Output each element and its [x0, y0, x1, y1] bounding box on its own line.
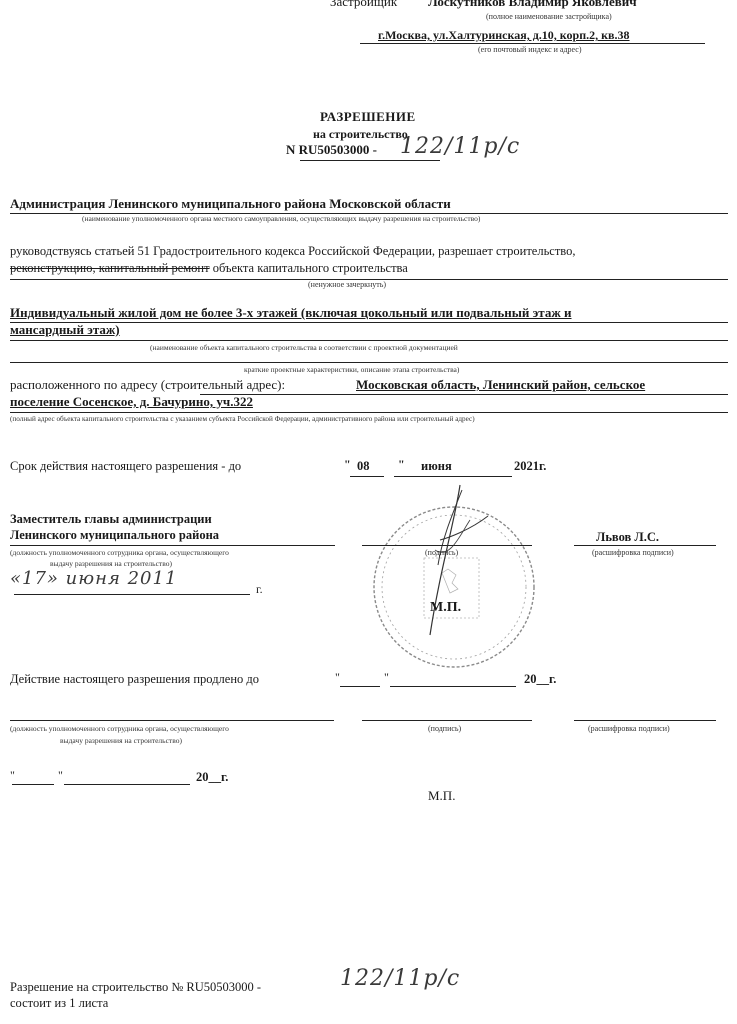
extension-position-caption-2: выдачу разрешения на строительство)	[60, 736, 182, 745]
validity-label: Срок действия настоящего разрешения - до	[10, 459, 241, 474]
location-caption: (полный адрес объекта капитального строи…	[10, 415, 475, 423]
stamp-label: М.П.	[430, 600, 461, 616]
strike-caption: (ненужное зачеркнуть)	[308, 280, 386, 289]
validity-month: июня	[421, 459, 452, 474]
work-type: реконструкцию, капитальный ремонт объект…	[10, 261, 408, 276]
location-line1: Московская область, Ленинский район, сел…	[356, 377, 645, 393]
signature-caption: (подпись)	[425, 548, 458, 557]
object-name-line2: мансардный этаж)	[10, 322, 120, 338]
authority-name: Администрация Ленинского муниципального …	[10, 196, 451, 212]
footer-sheet-count: состоит из 1 листа	[10, 996, 108, 1011]
permit-number-handwritten: 122/11р/с	[400, 134, 520, 159]
object-text: объекта капитального строительства	[213, 261, 408, 275]
developer-label: Застройщик	[330, 0, 397, 10]
issue-date-handwritten: «17» июня 2011	[10, 568, 177, 589]
footer-permit-line: Разрешение на строительство № RU50503000…	[10, 980, 261, 995]
extension-date-month-field[interactable]	[64, 784, 190, 785]
object-name-line2-rule	[10, 340, 728, 341]
location-line2: поселение Сосенское, д. Бачурино, уч.322	[10, 394, 253, 410]
validity-month-line	[394, 476, 512, 477]
signature-line	[362, 545, 532, 546]
extension-day-field[interactable]	[340, 686, 380, 687]
signatory-name: Львов Л.С.	[596, 530, 659, 545]
location-line1-rule	[200, 394, 728, 395]
address-line	[360, 43, 705, 44]
guided-text: руководствуясь статьей 51 Градостроитель…	[10, 244, 576, 259]
extension-date-year-suffix: 20__г.	[196, 770, 228, 785]
signatory-position-caption-1: (должность уполномоченного сотрудника ор…	[10, 548, 229, 557]
extension-name-line	[574, 720, 716, 721]
extension-quote-open: "	[335, 670, 340, 685]
signatory-name-caption: (расшифровка подписи)	[592, 548, 674, 557]
extension-quote-close: "	[384, 670, 389, 685]
extension-label: Действие настоящего разрешения продлено …	[10, 672, 259, 687]
permit-number-underline	[300, 160, 440, 161]
location-label: расположенного по адресу (строительный а…	[10, 377, 285, 393]
extension-stamp-label: М.П.	[428, 788, 455, 804]
developer-address: г.Москва, ул.Халтуринская, д.10, корп.2,…	[378, 28, 630, 43]
location-line2-rule	[10, 412, 728, 413]
validity-quote-close: "	[398, 457, 405, 472]
developer-caption: (полное наименование застройщика)	[486, 12, 612, 21]
struck-work-types: реконструкцию, капитальный ремонт	[10, 261, 210, 275]
object-name-line1: Индивидуальный жилой дом не более 3-х эт…	[10, 305, 572, 321]
authority-caption: (наименование уполномоченного органа мес…	[82, 214, 480, 223]
signature-scribble-icon	[400, 480, 510, 650]
footer-permit-prefix: Разрешение на строительство № RU50503000…	[10, 980, 261, 994]
issue-date-line	[14, 594, 250, 595]
extension-name-caption: (расшифровка подписи)	[588, 724, 670, 733]
validity-year: 2021г.	[514, 459, 546, 474]
extension-month-field[interactable]	[390, 686, 516, 687]
extension-year-suffix: 20__г.	[524, 672, 556, 687]
extension-position-line	[10, 720, 334, 721]
extension-date-quote-close: "	[58, 768, 63, 783]
document-subtitle: на строительство	[313, 127, 408, 142]
address-caption: (его почтовый индекс и адрес)	[478, 45, 582, 54]
signatory-name-line	[574, 545, 716, 546]
permit-number-prefix: N RU50503000 -	[286, 142, 377, 158]
footer-permit-handwritten: 122/11р/с	[340, 966, 460, 991]
validity-day-line	[350, 476, 384, 477]
issue-date-suffix: г.	[256, 582, 263, 597]
developer-name: Лоскутников Владимир Яковлевич	[428, 0, 637, 10]
extension-date-quote-open: "	[10, 768, 15, 783]
characteristics-caption: краткие проектные характеристики, описан…	[244, 365, 459, 374]
signatory-position-line1: Заместитель главы администрации	[10, 512, 212, 527]
extension-position-caption-1: (должность уполномоченного сотрудника ор…	[10, 724, 229, 733]
extension-signature-line	[362, 720, 532, 721]
signatory-position-line	[10, 545, 335, 546]
extension-date-day-field[interactable]	[12, 784, 54, 785]
signatory-position-line2: Ленинского муниципального района	[10, 528, 219, 543]
extension-signature-caption: (подпись)	[428, 724, 461, 733]
characteristics-line	[10, 362, 728, 363]
validity-quote-open: "	[344, 457, 351, 472]
object-caption: (наименование объекта капитального строи…	[150, 343, 458, 352]
signatory-position-caption-2: выдачу разрешения на строительство)	[50, 559, 172, 568]
document-title: РАЗРЕШЕНИЕ	[320, 109, 416, 125]
validity-day: 08	[357, 459, 370, 474]
